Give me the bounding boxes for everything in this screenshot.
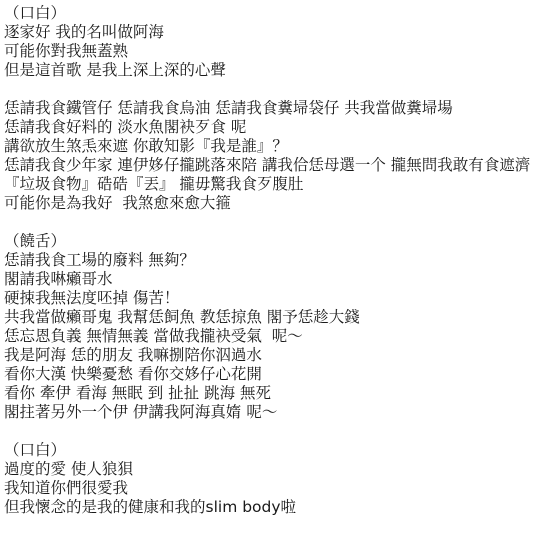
lyric-line: 『垃圾食物』硞硞『丟』 攏毋驚我食歹腹肚 [4, 175, 543, 194]
lyric-section: （饒舌）恁請我食工場的廢料 無夠？閣請我啉癩哥水硬捒我無法度呸掉 傷苦！共我當做… [4, 232, 543, 422]
lyric-line: 我是阿海 恁的朋友 我嘛捌陪你泅過水 [4, 346, 543, 365]
lyric-line: 可能你是為我好 我煞愈來愈大箍 [4, 194, 543, 213]
lyric-line: 恁請我食少年家 連伊姼仔攏跳落來陪 講我佮恁母選一个 攏無問我敢有食遮濟 [4, 156, 543, 175]
lyric-section: （口白）逐家好 我的名叫做阿海可能你對我無蓋熟但是這首歌 是我上深上深的心聲 [4, 4, 543, 80]
section-heading: （口白） [4, 441, 543, 460]
lyric-line: 但是這首歌 是我上深上深的心聲 [4, 61, 543, 80]
lyric-line: 閣拄著另外一个伊 伊講我阿海真媠 呢～ [4, 403, 543, 422]
lyric-line: 看你大漢 快樂憂愁 看你交姼仔心花開 [4, 365, 543, 384]
lyric-line: 但我懷念的是我的健康和我的slim body啦 [4, 498, 543, 517]
lyric-line: 看你 牽伊 看海 無眠 到 扯扯 跳海 無死 [4, 384, 543, 403]
lyric-line: 硬捒我無法度呸掉 傷苦！ [4, 289, 543, 308]
lyric-line: 可能你對我無蓋熟 [4, 42, 543, 61]
lyric-line: 過度的愛 使人狼狽 [4, 460, 543, 479]
lyric-line: 逐家好 我的名叫做阿海 [4, 23, 543, 42]
lyrics-sections: （口白）逐家好 我的名叫做阿海可能你對我無蓋熟但是這首歌 是我上深上深的心聲恁請… [4, 4, 543, 517]
lyric-line: 共我當做癩哥鬼 我幫恁飼魚 教恁掠魚 閣予恁趁大錢 [4, 308, 543, 327]
lyric-line: 恁請我食鐵管仔 恁請我食烏油 恁請我食糞埽袋仔 共我當做糞埽場 [4, 99, 543, 118]
lyric-line: 恁請我食好料的 淡水魚閣袂歹食 呢 [4, 118, 543, 137]
lyric-section: 恁請我食鐵管仔 恁請我食烏油 恁請我食糞埽袋仔 共我當做糞埽場恁請我食好料的 淡… [4, 99, 543, 213]
lyric-section: （口白）過度的愛 使人狼狽我知道你們很愛我但我懷念的是我的健康和我的slim b… [4, 441, 543, 517]
section-heading: （口白） [4, 4, 543, 23]
lyric-line: 閣請我啉癩哥水 [4, 270, 543, 289]
lyric-line: 講欲放生煞𤆬來遮 你敢知影『我是誰』？ [4, 137, 543, 156]
lyrics-page: （口白）逐家好 我的名叫做阿海可能你對我無蓋熟但是這首歌 是我上深上深的心聲恁請… [0, 0, 543, 538]
lyric-line: 恁忘恩負義 無情無義 當做我攏袂受氣 呢～ [4, 327, 543, 346]
lyric-line: 恁請我食工場的廢料 無夠？ [4, 251, 543, 270]
section-heading: （饒舌） [4, 232, 543, 251]
lyric-line: 我知道你們很愛我 [4, 479, 543, 498]
